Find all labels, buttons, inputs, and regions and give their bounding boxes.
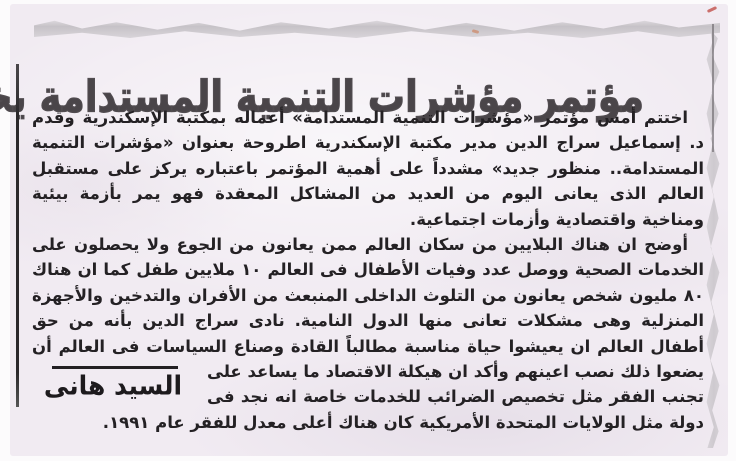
byline: السيد هانى (34, 370, 192, 400)
scan-artifact-red-mark (707, 6, 717, 13)
byline-block: السيد هانى (34, 366, 192, 400)
column-divider-rule-left (16, 64, 19, 407)
torn-paper-edge-top (34, 17, 720, 38)
byline-rule (52, 366, 178, 369)
article-body: اختتم أمس مؤتمر «مؤشرات التنمية المستدام… (32, 105, 704, 405)
column-divider-rule-right (712, 24, 714, 152)
